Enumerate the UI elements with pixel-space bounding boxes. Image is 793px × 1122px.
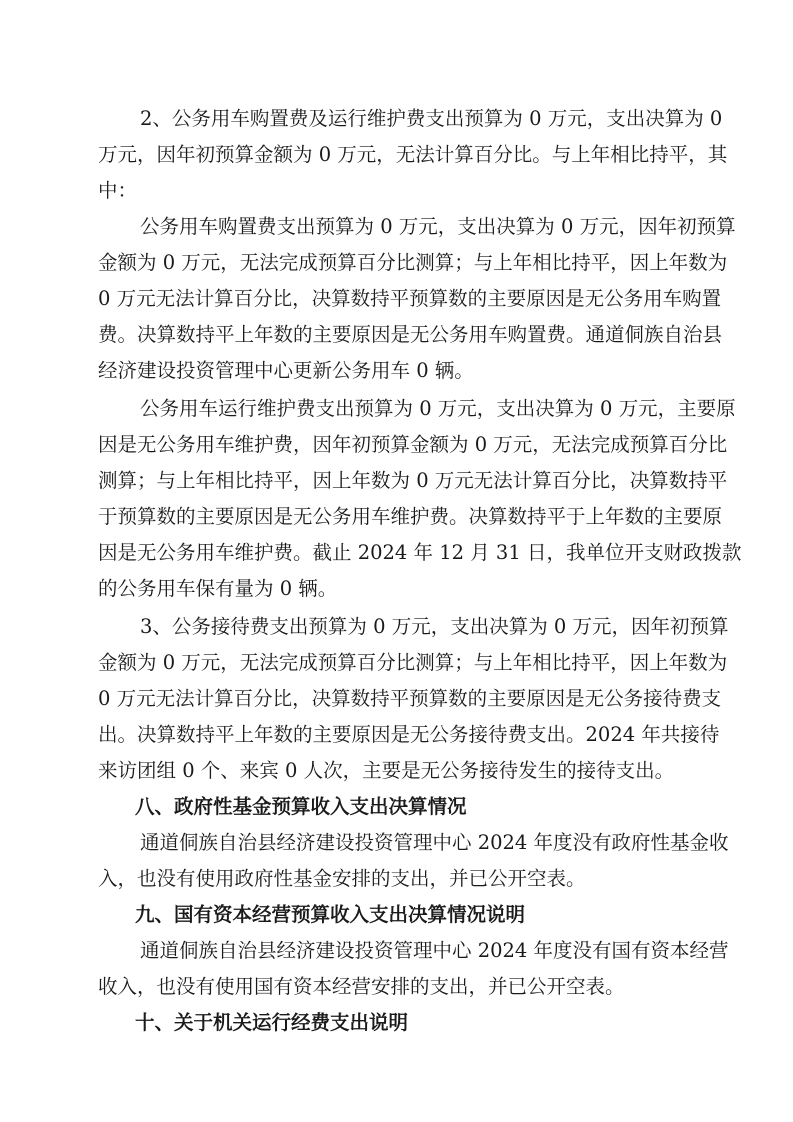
paragraph-line: 出。决算数持平上年数的主要原因是无公务接待费支出。2024 年共接待	[98, 720, 698, 750]
paragraph-line: 0 万元无法计算百分比，决算数持平预算数的主要原因是无公务用车购置	[98, 284, 698, 314]
paragraph-line: 因是无公务用车维护费，因年初预算金额为 0 万元，无法完成预算百分比	[98, 430, 698, 460]
section-heading: 九、国有资本经营预算收入支出决算情况说明	[135, 900, 698, 930]
paragraph-line: 中：	[98, 176, 698, 206]
document-page: 2、公务用车购置费及运行维护费支出预算为 0 万元，支出决算为 0 万元，因年初…	[0, 0, 793, 1122]
paragraph-line: 公务用车运行维护费支出预算为 0 万元，支出决算为 0 万元，主要原	[140, 394, 698, 424]
section-heading: 十、关于机关运行经费支出说明	[135, 1008, 698, 1038]
section-heading: 八、政府性基金预算收入支出决算情况	[135, 792, 698, 822]
paragraph-line: 万元，因年初预算金额为 0 万元，无法计算百分比。与上年相比持平，其	[98, 140, 698, 170]
paragraph-line: 公务用车购置费支出预算为 0 万元，支出决算为 0 万元，因年初预算	[140, 212, 698, 242]
paragraph-line: 收入，也没有使用国有资本经营安排的支出，并已公开空表。	[98, 972, 698, 1002]
paragraph-line: 因是无公务用车维护费。截止 2024 年 12 月 31 日，我单位开支财政拨款	[98, 538, 698, 568]
paragraph-line: 入，也没有使用政府性基金安排的支出，并已公开空表。	[98, 864, 698, 894]
paragraph-line: 通道侗族自治县经济建设投资管理中心 2024 年度没有国有资本经营	[140, 936, 698, 966]
paragraph-line: 的公务用车保有量为 0 辆。	[98, 574, 698, 604]
paragraph-line: 3、公务接待费支出预算为 0 万元，支出决算为 0 万元，因年初预算	[140, 612, 698, 642]
paragraph-line: 测算；与上年相比持平，因上年数为 0 万元无法计算百分比，决算数持平	[98, 466, 698, 496]
paragraph-line: 来访团组 0 个、来宾 0 人次，主要是无公务接待发生的接待支出。	[98, 756, 698, 786]
paragraph-line: 金额为 0 万元，无法完成预算百分比测算；与上年相比持平，因上年数为	[98, 248, 698, 278]
paragraph-line: 费。决算数持平上年数的主要原因是无公务用车购置费。通道侗族自治县	[98, 320, 698, 350]
paragraph-line: 通道侗族自治县经济建设投资管理中心 2024 年度没有政府性基金收	[140, 828, 698, 858]
paragraph-line: 金额为 0 万元，无法完成预算百分比测算；与上年相比持平，因上年数为	[98, 648, 698, 678]
paragraph-line: 2、公务用车购置费及运行维护费支出预算为 0 万元，支出决算为 0	[140, 104, 698, 134]
paragraph-line: 经济建设投资管理中心更新公务用车 0 辆。	[98, 356, 698, 386]
paragraph-line: 0 万元无法计算百分比，决算数持平预算数的主要原因是无公务接待费支	[98, 684, 698, 714]
paragraph-line: 于预算数的主要原因是无公务用车维护费。决算数持平于上年数的主要原	[98, 502, 698, 532]
